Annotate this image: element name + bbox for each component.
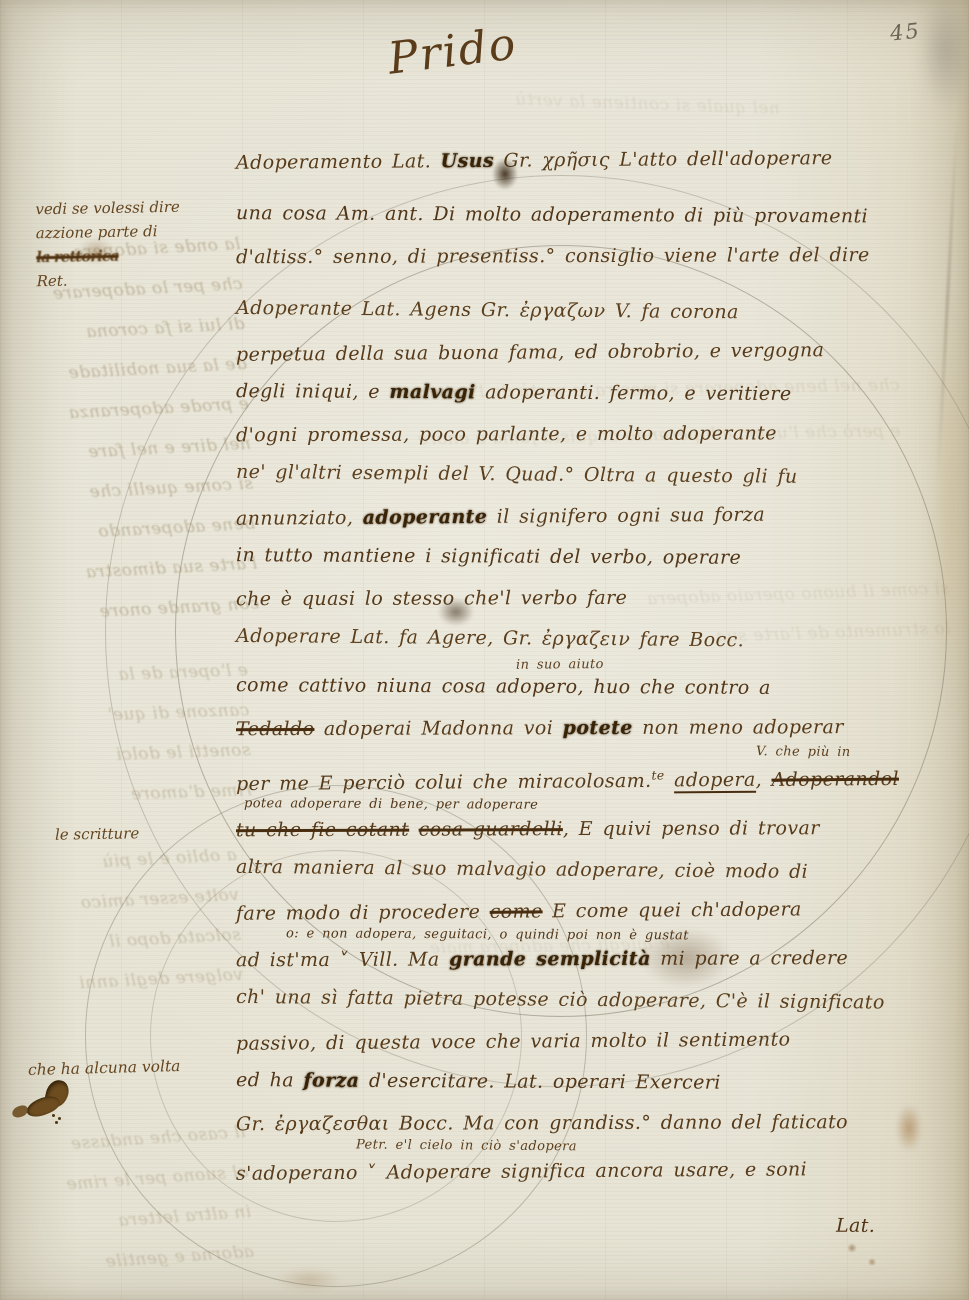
manuscript-text [665,770,675,792]
manuscript-text: Gr. ἐργαζεσθαι Bocc. Ma con grandiss.° d… [236,1111,848,1135]
manuscript-word-blot: adoperante [363,506,488,529]
margin-note-line: azzione parte di [36,219,181,246]
ink-blot [11,1104,29,1119]
manuscript-word-blot: malvagi [389,381,475,403]
manuscript-text: una cosa Am. ant. Di molto adoperamento … [236,202,868,227]
margin-note-3: che ha alcuna volta [28,1054,181,1082]
manuscript-word-blot: Usus [441,150,495,172]
bleedthrough-text: a oblio e le più volte esser amico solca… [0,835,244,1009]
manuscript-line: V. che più in [756,745,952,760]
manuscript-line: Gr. ἐργαζεσθαι Bocc. Ma con grandiss.° d… [236,1108,952,1138]
manuscript-line: ne' gl'altri esempli del V. Quad.° Oltra… [236,458,952,492]
manuscript-text: degli iniqui, e [236,380,390,403]
manuscript-line: perpetua della sua buona fama, ed obrobr… [236,335,952,369]
ink-splatter-dots [52,1114,55,1117]
manuscript-line: potea adoperare di bene, per adoperare [244,797,952,814]
manuscript-line: altra maniera al suo malvagio adoperare,… [236,853,952,887]
manuscript-line: ad ist'ma ˅ Vill. Ma grande semplicità m… [236,944,952,974]
manuscript-text: d'ogni promessa, poco parlante, e molto … [236,422,777,446]
ink-blot [43,1078,71,1110]
manuscript-text: E come quei ch'adopera [543,899,802,923]
manuscript-text: come cattivo niuna cosa adopero, huo che… [236,674,771,699]
manuscript-text: non meno adoperar [633,716,844,739]
manuscript-word-strike: cosa guardelli [419,818,563,841]
manuscript-text: che è quasi lo stesso che'l verbo fare [236,587,627,610]
manuscript-text: annunziato, [236,507,363,530]
manuscript-line: Tedaldo adoperai Madonna voi potete non … [236,713,952,743]
manuscript-text: mi pare a credere [651,947,848,970]
manuscript-text: perpetua della sua buona fama, ed obrobr… [236,339,824,366]
manuscript-line: Adoperamento Lat. Usus Gr. χρῆσις L'atto… [236,143,952,177]
paper-stain [276,1268,342,1292]
manuscript-line: tu che fie cotant cosa guardelli, E quiv… [236,814,952,844]
manuscript-text: in suo aiuto [516,657,604,673]
manuscript-line: Adoperare Lat. fa Agere, Gr. ἐργαζειν fa… [236,622,952,656]
manuscript-text: d'altiss.° senno, di presentiss.° consig… [236,244,870,268]
manuscript-line: in tutto mantiene i significati del verb… [236,541,952,573]
manuscript-text [409,819,419,841]
manuscript-line: Lat. [836,1212,952,1241]
manuscript-text: Adoperare Lat. fa Agere, Gr. ἐργαζειν fa… [236,625,744,651]
bleedthrough-text: e l'opera de la canzone di que' sonetti … [0,650,253,819]
bleedthrough-text: il caso che andasse al suono per le rime… [0,1112,255,1292]
manuscript-line: che è quasi lo stesso che'l verbo fare [236,583,952,613]
manuscript-text: fare modo di procedere [236,901,490,925]
manuscript-word-blot: grande semplicità [449,948,651,971]
bleedthrough-text: nel quale si contiene la vertù [379,75,780,129]
manuscript-text: altra maniera al suo malvagio adoperare,… [236,856,808,883]
manuscript-word-strike: Adoperandol [771,768,899,791]
manuscript-word-sup: te [651,768,664,782]
manuscript-line: d'ogni promessa, poco parlante, e molto … [236,419,952,449]
manuscript-page-scan: la onde si adopera che per lo adoperare … [0,0,969,1300]
manuscript-word-blot: potete [563,717,633,739]
manuscript-text: ed ha [236,1069,304,1091]
manuscript-text: Petr. e'l cielo in ciò s'adopera [356,1138,577,1155]
manuscript-text: in tutto mantiene i significati del verb… [236,544,741,569]
manuscript-text: adoperanti. fermo, e veritiere [476,381,792,405]
manuscript-line: passivo, di questa voce che varia molto … [236,1025,952,1059]
manuscript-lines: Adoperamento Lat. Usus Gr. χρῆσις L'atto… [236,146,952,1253]
manuscript-line: ch' una sì fatta pietra potesse ciò adop… [236,983,952,1017]
manuscript-text: Adoperamento Lat. [236,150,441,174]
manuscript-line: come cattivo niuna cosa adopero, huo che… [236,671,952,703]
manuscript-line: una cosa Am. ant. Di molto adoperamento … [236,199,952,231]
manuscript-text: , [756,769,772,791]
manuscript-word-blot: forza [303,1070,359,1092]
manuscript-text: potea adoperare di bene, per adoperare [244,796,538,813]
manuscript-text: per me E perciò colui che miracolosam. [236,770,652,795]
manuscript-text: ne' gl'altri esempli del V. Quad.° Oltra… [236,461,798,488]
manuscript-line: degli iniqui, e malvagi adoperanti. ferm… [236,377,952,409]
manuscript-text: o: e non adopera, seguitaci, o quindi po… [286,927,689,944]
manuscript-line: fare modo di procedere come E come quei … [236,895,952,929]
manuscript-text: ad ist'ma ˅ Vill. Ma [236,949,449,972]
manuscript-line: s'adoperano ˅ Adoperare significa ancora… [236,1155,952,1189]
margin-note-line: vedi se volessi dire [35,195,180,222]
manuscript-word-und: adopera [674,769,756,794]
manuscript-line: per me E perciò colui che miracolosam.te… [236,759,952,798]
margin-note-1: vedi se volessi dire azzione parte di la… [35,195,181,294]
ink-blot [24,1092,62,1121]
margin-note-line: Ret. [36,267,181,294]
manuscript-text: il signifero ogni sua forza [487,504,765,528]
manuscript-text: ch' una sì fatta pietra potesse ciò adop… [236,986,885,1014]
manuscript-line: Adoperante Lat. Agens Gr. ἐργαζων V. fa … [236,294,952,328]
manuscript-text: V. che più in [756,744,851,760]
manuscript-word-strike: come [490,901,543,923]
margin-note-2: le scritture [55,821,140,846]
manuscript-text: , E quivi penso di trovar [563,818,820,841]
page-title: Prido [385,18,520,84]
folio-number: 45 [889,18,922,45]
manuscript-text: Lat. [836,1215,875,1237]
manuscript-text: Adoperante Lat. Agens Gr. ἐργαζων V. fa … [236,297,739,323]
manuscript-line: o: e non adopera, seguitaci, o quindi po… [286,928,952,944]
manuscript-word-strike: tu che fie cotant [236,819,409,842]
margin-note-struck-word: la rettorica [36,243,181,270]
manuscript-line: in suo aiuto [516,655,952,671]
corner-shadow [918,0,969,110]
manuscript-text: d'esercitare. Lat. operari Exerceri [359,1070,720,1094]
manuscript-text: s'adoperano ˅ Adoperare significa ancora… [236,1159,807,1185]
manuscript-word-strike: Tedaldo [236,718,314,740]
manuscript-text: adoperai Madonna voi [314,717,562,740]
manuscript-line: d'altiss.° senno, di presentiss.° consig… [236,241,952,271]
manuscript-line: annunziato, adoperante il signifero ogni… [236,499,952,533]
manuscript-line: ed ha forza d'esercitare. Lat. operari E… [236,1066,952,1098]
manuscript-text: Gr. χρῆσις L'atto dell'adoperare [494,147,833,172]
manuscript-text: passivo, di questa voce che varia molto … [236,1029,791,1055]
